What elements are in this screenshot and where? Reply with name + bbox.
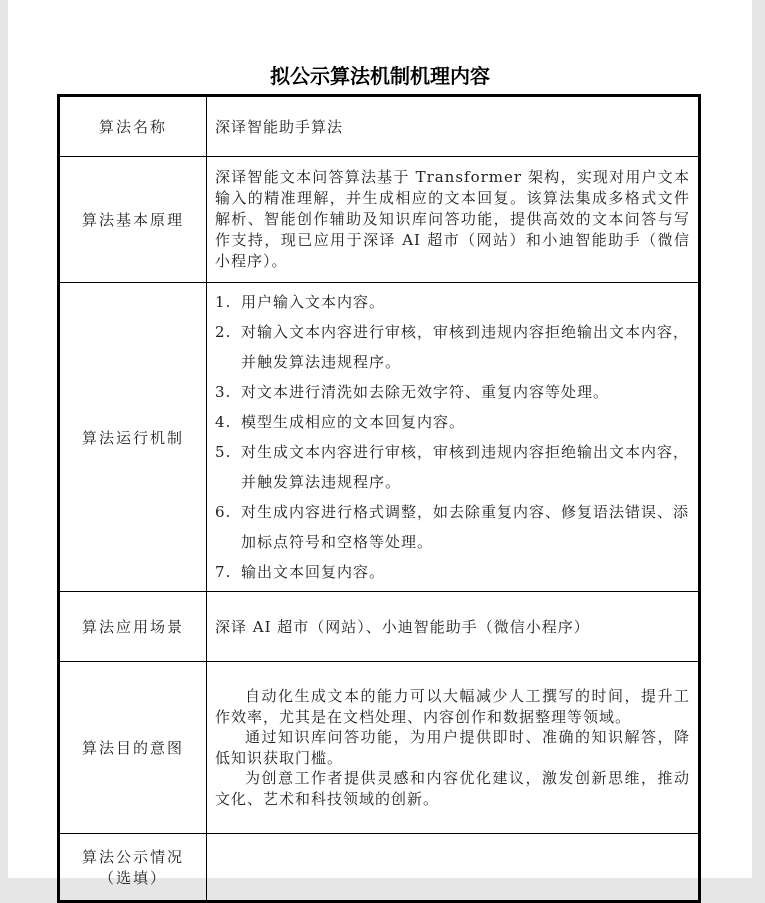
table-row-publication-status: 算法公示情况 （选填） xyxy=(59,834,700,879)
row-label: 算法应用场景 xyxy=(59,592,207,662)
step-text: 对生成内容进行格式调整，如去除重复内容、修复语法错误、添加标点符号和空格等处理。 xyxy=(241,497,690,557)
step-text: 对生成文本内容进行审核，审核到违规内容拒绝输出文本内容，并触发算法违规程序。 xyxy=(241,437,690,497)
table-row-purpose-intent: 算法目的意图 自动化生成文本的能力可以大幅减少人工撰写的时间，提升工作效率，尤其… xyxy=(59,662,700,834)
list-item: 2.对输入文本内容进行审核，审核到违规内容拒绝输出文本内容，并触发算法违规程序。 xyxy=(215,317,690,377)
row-label-optional-note: （选填） xyxy=(64,867,202,878)
list-item: 1.用户输入文本内容。 xyxy=(215,287,690,317)
step-number: 5. xyxy=(215,437,241,497)
row-label: 算法基本原理 xyxy=(59,157,207,283)
step-number: 4. xyxy=(215,407,241,437)
purpose-intent-value: 自动化生成文本的能力可以大幅减少人工撰写的时间，提升工作效率，尤其是在文档处理、… xyxy=(207,662,700,834)
table-row-application-scene: 算法应用场景 深译 AI 超市（网站）、小迪智能助手（微信小程序） xyxy=(59,592,700,662)
mechanism-steps-list: 1.用户输入文本内容。 2.对输入文本内容进行审核，审核到违规内容拒绝输出文本内… xyxy=(215,287,690,587)
step-text: 对文本进行清洗如去除无效字符、重复内容等处理。 xyxy=(241,377,690,407)
operating-mechanism-value: 1.用户输入文本内容。 2.对输入文本内容进行审核，审核到违规内容拒绝输出文本内… xyxy=(207,283,700,592)
row-label-line: 算法公示情况 xyxy=(64,846,202,867)
purpose-paragraph: 自动化生成文本的能力可以大幅减少人工撰写的时间，提升工作效率，尤其是在文档处理、… xyxy=(215,686,690,727)
application-scene-value: 深译 AI 超市（网站）、小迪智能助手（微信小程序） xyxy=(207,592,700,662)
row-label: 算法公示情况 （选填） xyxy=(59,834,207,879)
purpose-paragraph: 为创意工作者提供灵感和内容优化建议，激发创新思维，推动文化、艺术和科技领域的创新… xyxy=(215,768,690,809)
row-label: 算法名称 xyxy=(59,96,207,157)
algorithm-name-value: 深译智能助手算法 xyxy=(207,96,700,157)
document-title: 拟公示算法机制机理内容 xyxy=(8,60,752,89)
table-row-basic-principle: 算法基本原理 深译智能文本问答算法基于 Transformer 架构，实现对用户… xyxy=(59,157,700,283)
table-row-algorithm-name: 算法名称 深译智能助手算法 xyxy=(59,96,700,157)
basic-principle-value: 深译智能文本问答算法基于 Transformer 架构，实现对用户文本输入的精准… xyxy=(207,157,700,283)
publication-status-value xyxy=(207,834,700,879)
document-page: 拟公示算法机制机理内容 算法名称 深译智能助手算法 算法基本原理 深译智能文本问… xyxy=(8,0,752,878)
step-text: 模型生成相应的文本回复内容。 xyxy=(241,407,690,437)
step-number: 2. xyxy=(215,317,241,377)
algorithm-disclosure-table: 算法名称 深译智能助手算法 算法基本原理 深译智能文本问答算法基于 Transf… xyxy=(57,94,701,878)
step-number: 1. xyxy=(215,287,241,317)
list-item: 6.对生成内容进行格式调整，如去除重复内容、修复语法错误、添加标点符号和空格等处… xyxy=(215,497,690,557)
table-row-operating-mechanism: 算法运行机制 1.用户输入文本内容。 2.对输入文本内容进行审核，审核到违规内容… xyxy=(59,283,700,592)
step-text: 用户输入文本内容。 xyxy=(241,287,690,317)
list-item: 7.输出文本回复内容。 xyxy=(215,557,690,587)
list-item: 5.对生成文本内容进行审核，审核到违规内容拒绝输出文本内容，并触发算法违规程序。 xyxy=(215,437,690,497)
list-item: 3.对文本进行清洗如去除无效字符、重复内容等处理。 xyxy=(215,377,690,407)
step-number: 3. xyxy=(215,377,241,407)
step-number: 6. xyxy=(215,497,241,557)
step-number: 7. xyxy=(215,557,241,587)
row-label: 算法目的意图 xyxy=(59,662,207,834)
purpose-paragraph: 通过知识库问答功能，为用户提供即时、准确的知识解答，降低知识获取门槛。 xyxy=(215,727,690,768)
list-item: 4.模型生成相应的文本回复内容。 xyxy=(215,407,690,437)
step-text: 对输入文本内容进行审核，审核到违规内容拒绝输出文本内容，并触发算法违规程序。 xyxy=(241,317,690,377)
row-label: 算法运行机制 xyxy=(59,283,207,592)
step-text: 输出文本回复内容。 xyxy=(241,557,690,587)
